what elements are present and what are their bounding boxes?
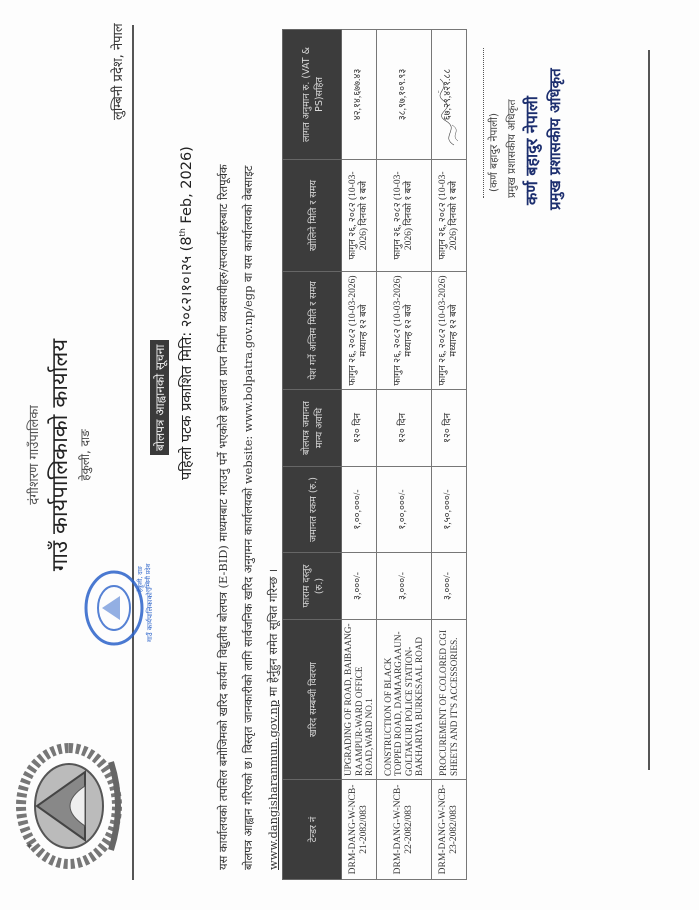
cell-description: CONSTRUCTION OF BLACK TOPPED ROAD, DAMAA…	[376, 620, 431, 780]
header-form-fee: फाराम दस्तुर (रु.)	[283, 553, 342, 620]
header-tender-no: टेन्डर नं	[283, 780, 342, 880]
header-opening: खोलिने मिति र समय	[283, 160, 342, 272]
scanned-document-page: ✦ गाउँ कार्यपालिकाको हेकुली, दाङ लुम्बिन…	[0, 0, 699, 910]
cell-form-fee: ३,०००/-	[376, 553, 431, 620]
cell-submission: फागुन २६, २०८२ (10-03-2026) मध्यान्ह १२ …	[342, 272, 377, 390]
cell-bid-security: १,५०,०००/-	[431, 467, 466, 553]
publication-date-prefix: पहिलो पटक प्रकाशित मिति: २०८२।१०।२५ (8	[179, 236, 195, 480]
cell-tender-no: DRM-DANG-W-NCB-23-2082/083	[431, 780, 466, 880]
signatory-title: प्रमुख प्रशासकीय अधिकृत	[505, 99, 519, 198]
cell-submission: फागुन २६, २०८२ (10-03-2026) मध्यान्ह १२ …	[376, 272, 431, 390]
stamp-signatory-title: प्रमुख प्रशासकीय अधिकृत	[545, 68, 565, 210]
cell-description: PROCUREMENT OF COLORED CGI SHEETS AND IT…	[431, 620, 466, 780]
cell-submission: फागुन २६, २०८२ (10-03-2026) मध्यान्ह १२ …	[431, 272, 466, 390]
table-row: DRM-DANG-W-NCB-22-2082/083 CONSTRUCTION …	[376, 30, 431, 880]
svg-text:गाउँ कार्यपालिकाको: गाउँ कार्यपालिकाको	[145, 592, 154, 642]
cell-tender-no: DRM-DANG-W-NCB-21-2082/083	[342, 780, 377, 880]
publication-date: पहिलो पटक प्रकाशित मिति: २०८२।१०।२५ (8th…	[176, 146, 196, 480]
svg-text:लुम्बिनी प्रदेश: लुम्बिनी प्रदेश	[144, 563, 152, 592]
office-title: गाउँ कार्यपालिकाको कार्यालय	[44, 0, 74, 910]
header-validity: बोलपत्र जमानत मान्य अवधि	[283, 390, 342, 467]
svg-text:हेकुली, दाङ: हेकुली, दाङ	[136, 566, 144, 592]
header-divider	[132, 25, 134, 880]
cell-validity: १२० दिन	[431, 390, 466, 467]
cell-bid-security: १,००,०००/-	[342, 467, 377, 553]
office-seal-stamp: गाउँ कार्यपालिकाको हेकुली, दाङ लुम्बिनी …	[82, 544, 162, 648]
cell-form-fee: ३,०००/-	[431, 553, 466, 620]
cell-opening: फागुन २६, २०८२ (10-03-2026) दिनको १ बजे	[342, 160, 377, 272]
header-cost-estimate: लागत अनुमान रु. (VAT & PS)सहित	[283, 30, 342, 160]
municipality-name: दंगीशरण गाउँपालिका	[24, 0, 42, 910]
municipality-website-link[interactable]: www.dangisharanmun.gov.np	[266, 700, 280, 870]
cell-description: UPGRADING OF ROAD, BAIBAANG-RAAMPUR-WARD…	[342, 620, 377, 780]
notice-paragraph-line-3: www.dangisharanmun.gov.np मा हेर्नुहुन स…	[266, 35, 281, 870]
notice-paragraph-line-3-rest: मा हेर्नुहुन समेत सूचित गरिन्छ ।	[266, 569, 280, 700]
cell-cost-estimate: ४२,१४,६७७.४३	[342, 30, 377, 160]
cell-tender-no: DRM-DANG-W-NCB-22-2082/083	[376, 780, 431, 880]
publication-date-sup: th	[178, 228, 187, 236]
table-header-row: टेन्डर नं खरिद सम्बन्धी विवरण फाराम दस्त…	[283, 30, 342, 880]
cell-form-fee: ३,०००/-	[342, 553, 377, 620]
notice-paragraph-line-1: यस कार्यालयको तपसिल बमोजिमको खरिद कार्यम…	[216, 35, 231, 870]
publication-date-suffix: Feb, 2026)	[179, 146, 195, 228]
cell-opening: फागुन २६, २०८२ (10-03-2026) दिनको १ बजे	[376, 160, 431, 272]
header-submission: पेश गर्ने अन्तिम मिति र समय	[283, 272, 342, 390]
notice-paragraph-line-2: बोलपत्र आह्वान गरिएको छ। विस्तृत जानकारी…	[241, 35, 256, 870]
signatory-name: (कर्ण बहादुर नेपाली)	[487, 113, 501, 192]
table-row: DRM-DANG-W-NCB-21-2082/083 UPGRADING OF …	[342, 30, 377, 880]
cell-validity: १२० दिन	[376, 390, 431, 467]
header-bid-security: जमानत रकम (रु.)	[283, 467, 342, 553]
province-label: लुम्बिनी प्रदेश, नेपाल	[108, 23, 126, 120]
cell-bid-security: १,००,०००/-	[376, 467, 431, 553]
notice-label: बोलपत्र आह्वानको सूचना	[150, 341, 169, 456]
signature-line	[483, 48, 484, 198]
header-description: खरिद सम्बन्धी विवरण	[283, 620, 342, 780]
cell-cost-estimate: ३८,९७,१०९.९३	[376, 30, 431, 160]
office-location: हेकुली, दाङ	[76, 0, 93, 910]
footer-divider	[648, 50, 650, 770]
stamp-signatory-name: कर्ण बहादुर नेपाली	[520, 96, 542, 205]
cell-validity: १२० दिन	[342, 390, 377, 467]
